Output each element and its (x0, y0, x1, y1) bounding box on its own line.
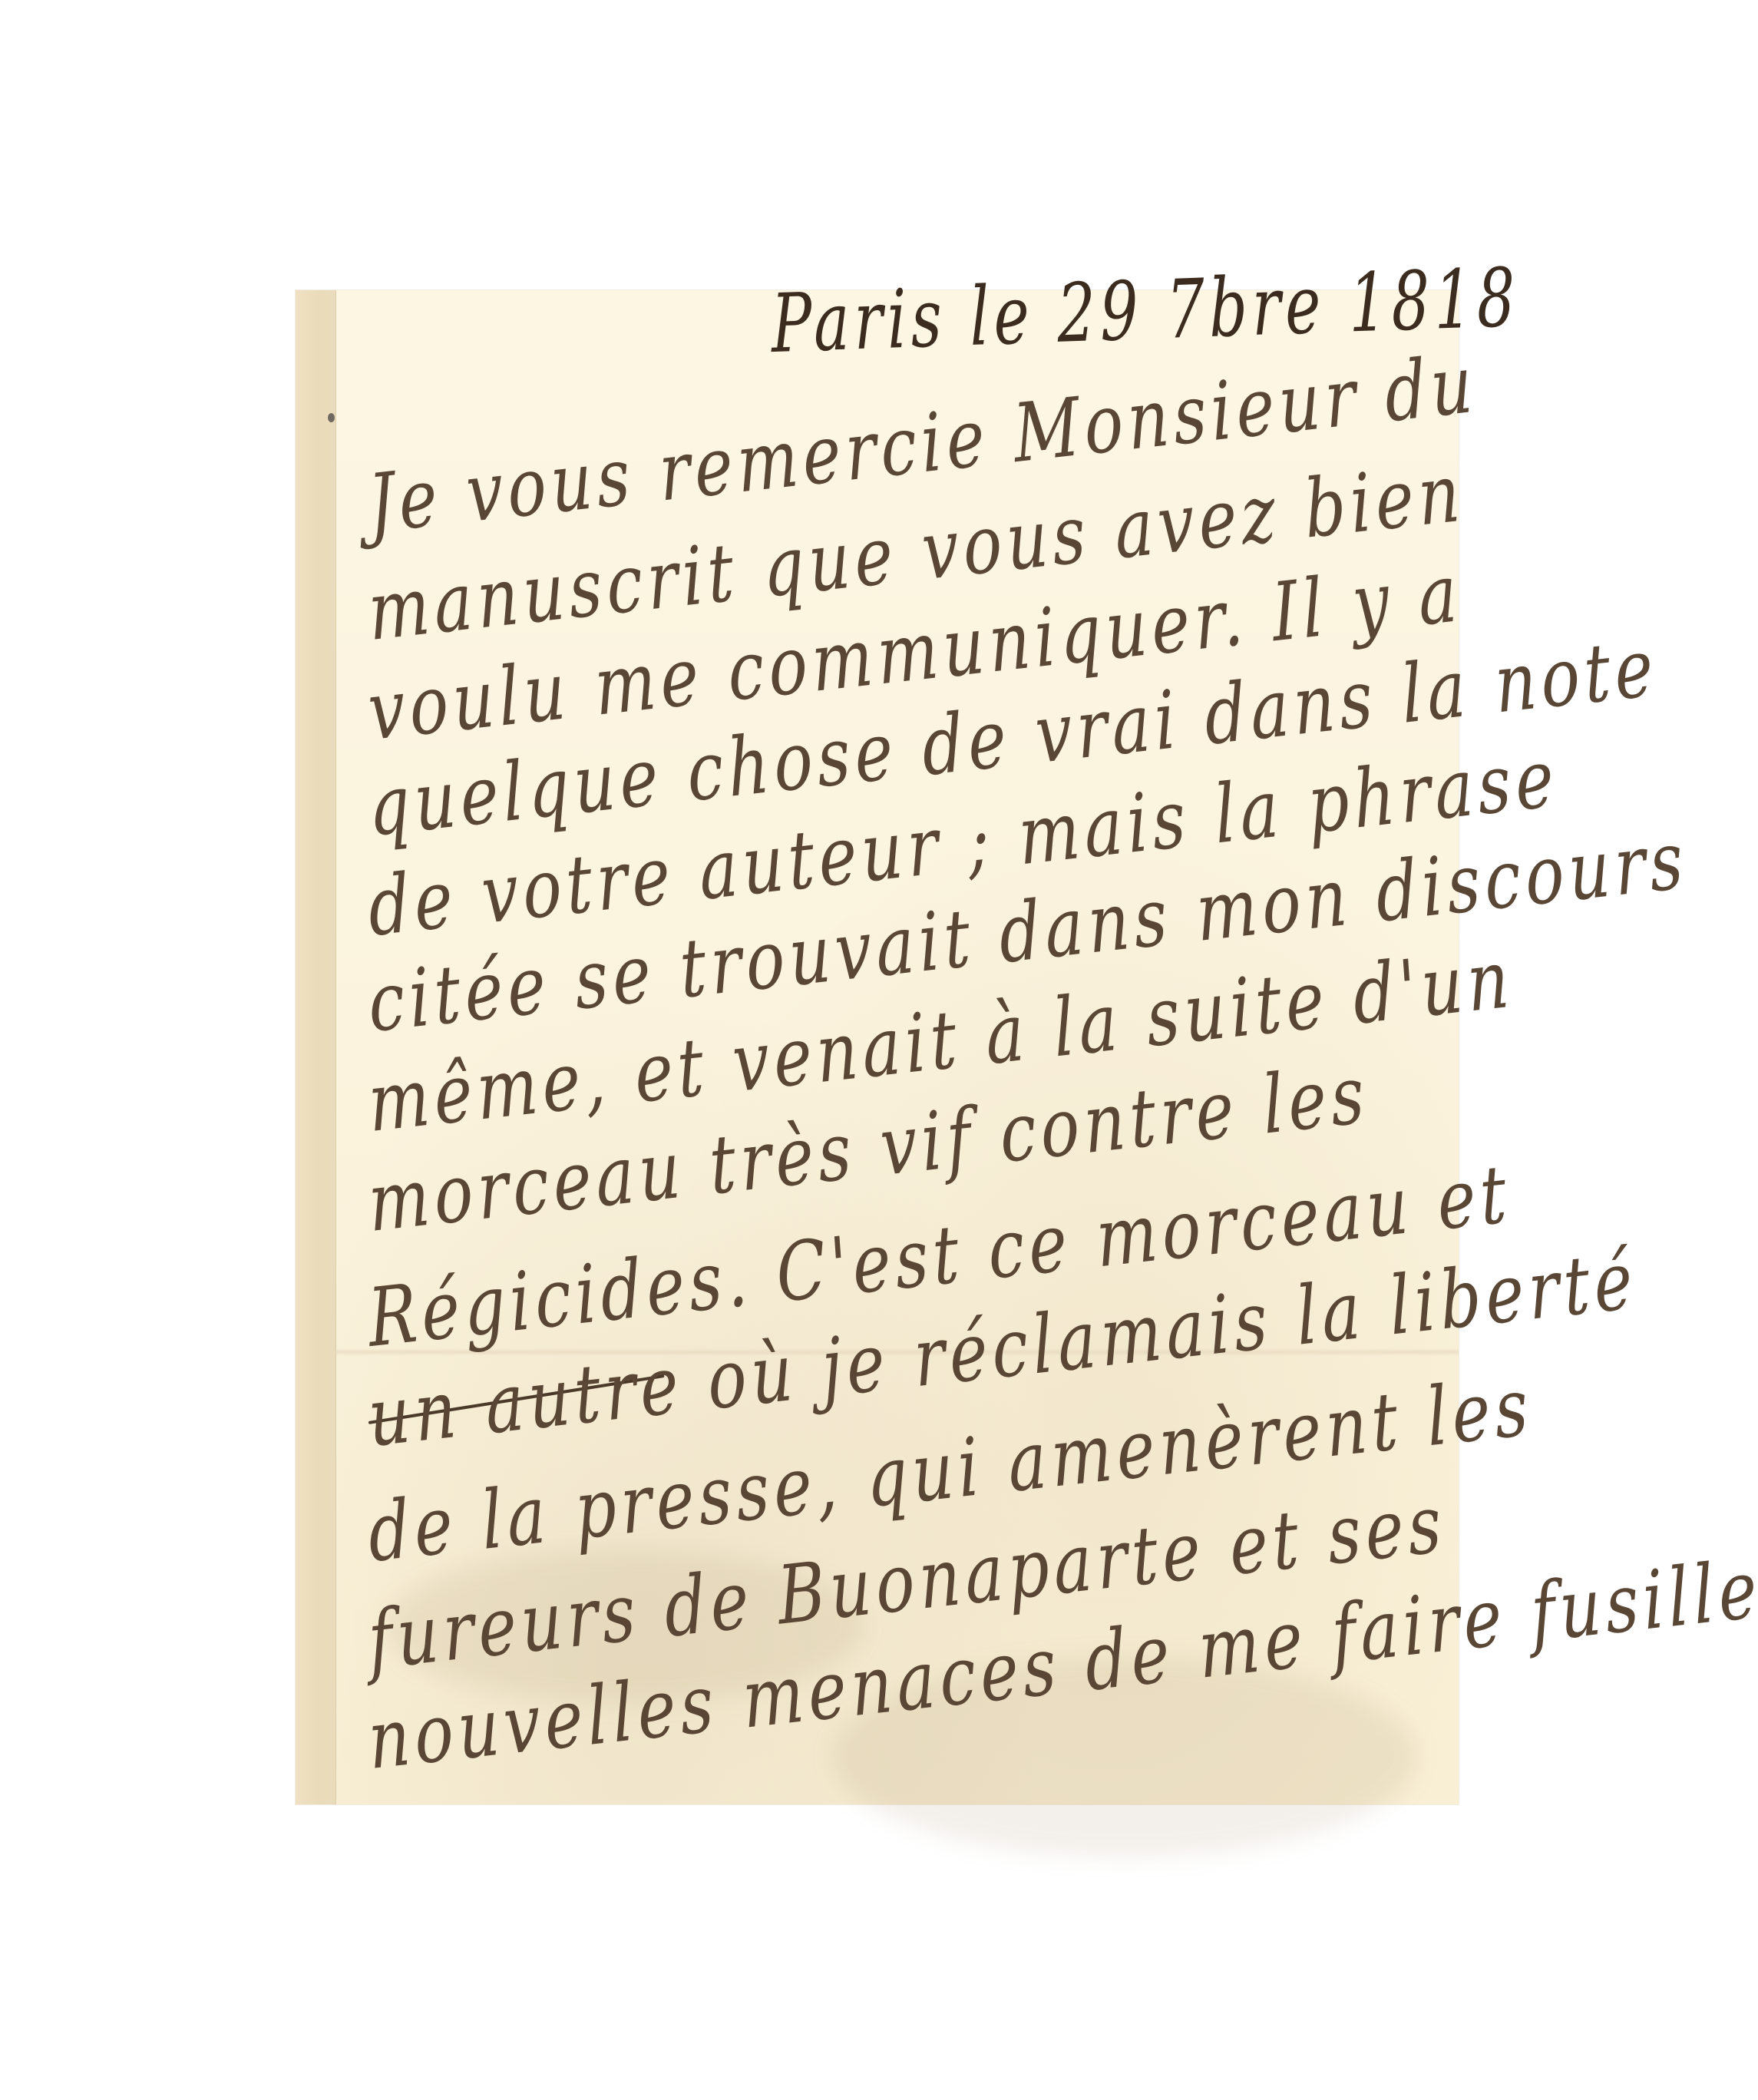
letter-sheet: Paris le 29 7bre 1818 Je vous remercie M… (296, 290, 1459, 1804)
binding-strip (296, 290, 336, 1804)
binding-hole (328, 413, 335, 422)
